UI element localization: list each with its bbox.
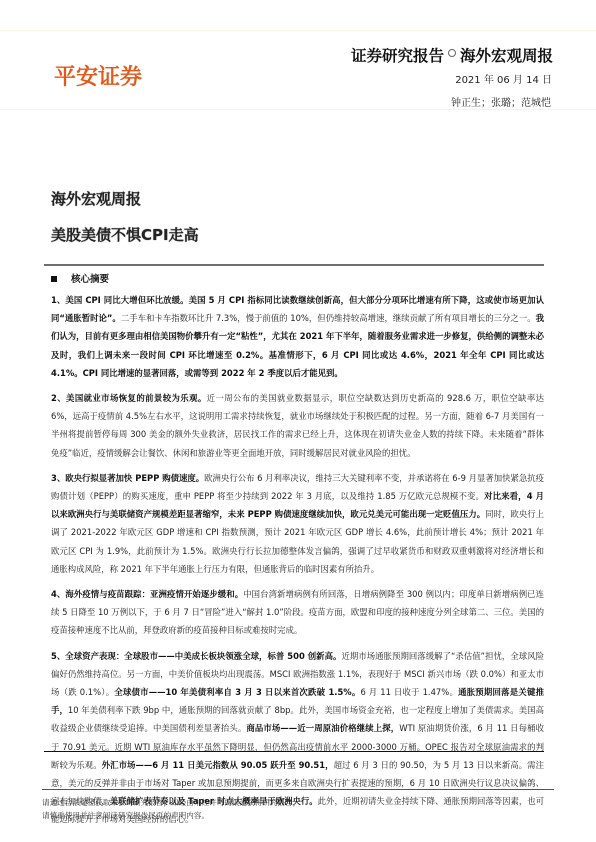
footer-divider bbox=[42, 789, 554, 790]
company-logo: 平安证券 bbox=[54, 60, 142, 91]
body-text: 二手车和卡车指数环比升 7.3%，慢于前值的 10%，但仍维持较高增速，继续贡献… bbox=[121, 313, 536, 323]
report-date: 2021 年 06 月 14 日 bbox=[455, 71, 552, 86]
footer-line-2: 请慎重使用并注意阅读研究报告尾页的声明内容。 bbox=[42, 810, 300, 823]
summary-paragraph-3: 3、欧央行拟显著加快 PEPP 购债速度。欧洲央行公布 6 月利率决议，维持三大… bbox=[51, 469, 544, 578]
square-bullet-icon bbox=[51, 276, 57, 282]
report-series: 海外宏观周报 bbox=[460, 47, 553, 65]
section-heading-label: 核心摘要 bbox=[71, 274, 109, 285]
body-text: 6 月 11 日收于 1.47%。 bbox=[361, 687, 459, 697]
bold-text: 全球债市——10 年美债利率自 3 月 3 日以来首次跌破 1.5%。 bbox=[114, 687, 360, 697]
separator-dot-icon bbox=[448, 49, 456, 57]
footer-disclaimer: 请通过合法途径获取本公司研究报告，如经由未经许可的渠道获得研究报告， 请慎重使用… bbox=[42, 797, 300, 822]
bold-text: 5、全球资产表现：全球股市——中美成长板块领涨全球，标普 500 创新高。 bbox=[51, 651, 341, 661]
report-authors: 钟正生；张璐；范城恺 bbox=[451, 94, 551, 109]
header-divider bbox=[0, 109, 596, 110]
summary-paragraph-1: 1、美国 CPI 同比大增但环比放缓。美国 5 月 CPI 指标同比读数继续创新… bbox=[51, 291, 544, 382]
bold-text: 商品市场——近一周原油价格继续上探， bbox=[246, 723, 399, 733]
bold-text: 3、欧央行拟显著加快 PEPP 购债速度。 bbox=[51, 473, 204, 483]
report-type: 证券研究报告 bbox=[351, 47, 444, 65]
summary-end-divider bbox=[44, 751, 544, 752]
top-rule bbox=[0, 30, 596, 31]
bold-text: 2、美国就业市场恢复的前景较为乐观。 bbox=[51, 393, 207, 403]
report-title: 证券研究报告海外宏观周报 bbox=[351, 44, 553, 66]
bold-text: 4、海外疫情与疫苗跟踪：亚洲疫情开始逐步缓和。 bbox=[51, 589, 243, 599]
summary-paragraph-2: 2、美国就业市场恢复的前景较为乐观。近一周公布的美国就业数据显示，职位空缺数达到… bbox=[51, 389, 544, 462]
summary-body: 1、美国 CPI 同比大增但环比放缓。美国 5 月 CPI 指标同比读数继续创新… bbox=[51, 291, 544, 836]
bold-text: 外汇市场——6 月 11 日美元指数从 90.05 跃升至 90.51， bbox=[102, 760, 334, 770]
section-divider bbox=[44, 264, 544, 266]
document-headline: 美股美债不惧CPI走高 bbox=[51, 224, 199, 245]
document-kind: 海外宏观周报 bbox=[51, 188, 141, 209]
summary-paragraph-4: 4、海外疫情与疫苗跟踪：亚洲疫情开始逐步缓和。中国台湾新增病例有所回落，日增病例… bbox=[51, 585, 544, 640]
footer-line-1: 请通过合法途径获取本公司研究报告，如经由未经许可的渠道获得研究报告， bbox=[42, 797, 300, 810]
section-heading: 核心摘要 bbox=[51, 271, 109, 285]
